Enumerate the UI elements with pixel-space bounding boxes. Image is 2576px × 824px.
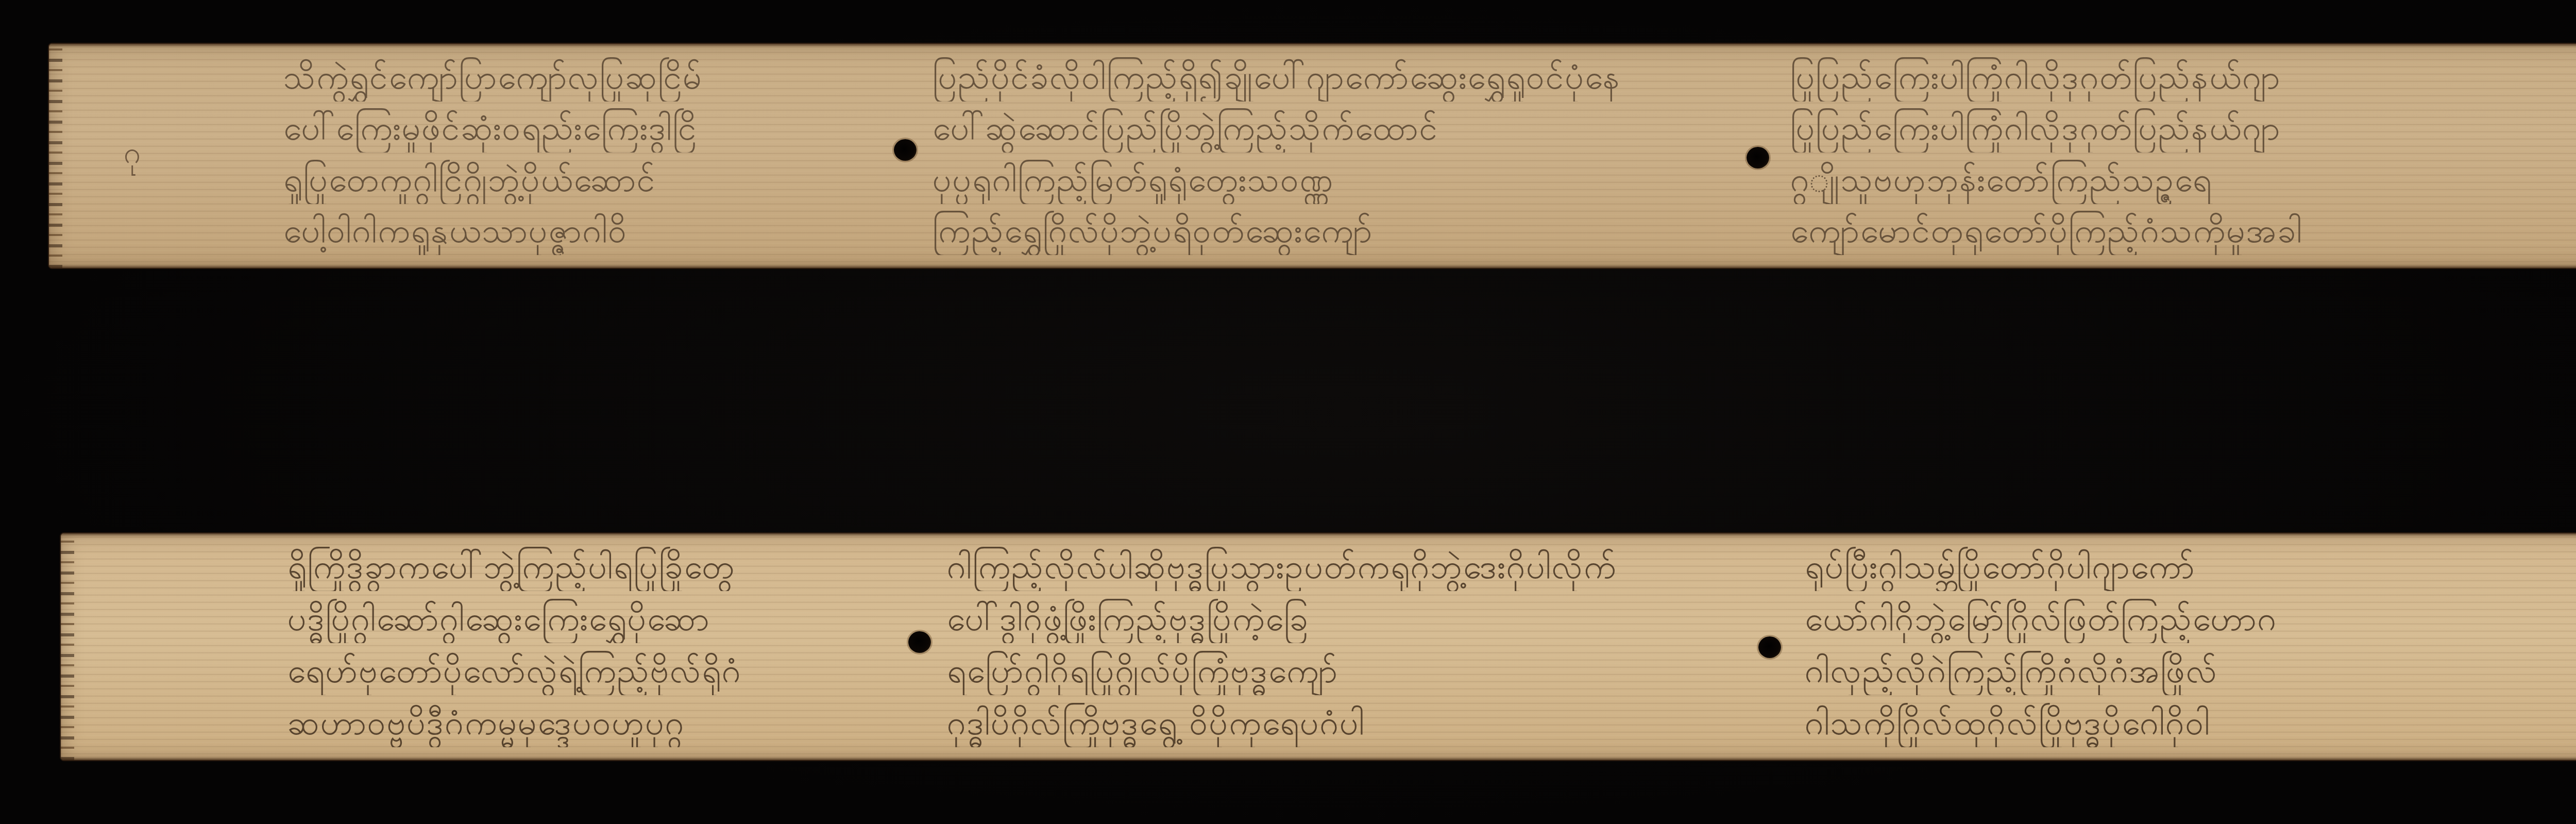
text-section-1: ရှိုကြိုဒွိခွာကပေါ်ဘွဲ့ကြည့်ပါရပြုခြိုတွ… (287, 544, 890, 747)
text-line: ပေါ်ဒွါဂိုဖွံ့ဖြိုးကြည့်ဗုဒ္ဓပြိုကဲ့ခြေ (947, 596, 1745, 643)
string-hole-left (894, 139, 917, 161)
palm-leaf-top: ဂု သိကွဲရွှင်ကျော်ပြာကျော်လုပြုဆုငြိမ် ပ… (49, 44, 2576, 268)
leaf-edge-left (49, 44, 62, 268)
text-section-3: ရုပ်ပြီးဂွါသမ္ဘ်ပြိုတော်ဂိုပါဂျာကော် ယော… (1805, 544, 2500, 747)
folio-number: ဂု (124, 134, 141, 178)
text-line: ပဒ္ဓိပြိုဂွါဆော်ဂွါဆွေးကြေးရွှေပိုဆော (287, 596, 890, 643)
text-line: ရုပ်ပြီးဂွါသမ္ဘ်ပြိုတော်ဂိုပါဂျာကော် (1805, 544, 2500, 591)
string-hole-right (1747, 147, 1769, 169)
text-line: ပေါ်ကြေးမှုဖိုင်ဆုံးဝရည်းကြေးဒွါငြိ (283, 105, 881, 153)
text-line: သိကွဲရွှင်ကျော်ပြာကျော်လုပြုဆုငြိမ် (283, 54, 881, 102)
text-line: ရှိုကြိုဒွိခွာကပေါ်ဘွဲ့ကြည့်ပါရပြုခြိုတွ… (287, 544, 890, 591)
text-line: ရှုပြုတေကူဂွါငြိဂ္ဂိုဘွဲ့ပိုယ်ဆောင် (283, 157, 881, 204)
palm-leaf-bottom: ရှိုကြိုဒွိခွာကပေါ်ဘွဲ့ကြည့်ပါရပြုခြိုတွ… (61, 533, 2576, 760)
text-line: ဂွျိုသူဗဟုဘုန်းတော်ကြည်သဉ္ဇရေ (1790, 157, 2470, 204)
text-section-2: ဂါကြည့်လိုလ်ပါဆိုဗုဒ္ဓပြုသွားဥပတ်ကရုဂိုဘ… (947, 544, 1745, 747)
text-line: ဂါကြည့်လိုလ်ပါဆိုဗုဒ္ဓပြုသွားဥပတ်ကရုဂိုဘ… (947, 544, 1745, 591)
text-line: ကျော်မောင်တုရုတော်ပိုကြည့်ဂံသကိုမှုအခါ (1790, 208, 2470, 255)
string-hole-right (1758, 636, 1781, 658)
text-line: ရပြော်ဂွါဂိုရပြုဂွိုလ်ပိုကြုံဗုဒ္ဓကျော် (947, 648, 1745, 695)
text-section-1: သိကွဲရွှင်ကျော်ပြာကျော်လုပြုဆုငြိမ် ပေါ်… (283, 54, 881, 255)
text-line: ဂါလှည့်လိုဂဲကြည့်ကြိုဂံလိုဂံအဖြိုလ် (1805, 648, 2500, 695)
text-line: ရေဟ်ဗုတော်ပိုလော်လွဲရဲ့ကြည့်ဗိုလ်ရိုဂံ (287, 648, 890, 695)
string-hole-left (908, 631, 931, 653)
leaf-edge-left (61, 533, 74, 760)
text-line: ဂုဒ္ဓါပိဂိုလ်ကြိုဗုဒ္ဓရွေ့ ဝိပိုကုရေပဂံပ… (947, 700, 1745, 747)
text-section-2: ပြည်ပိုင်ခံလိုဝါကြည့်ရှိ၍ချိုပေါ်ဂျာကော်… (933, 54, 1736, 255)
text-line: ပေါ့ဝါဂါကရူနှယသာပုဇ္ဇာဂါဝိ (283, 208, 881, 255)
text-line: ပြည်ပိုင်ခံလိုဝါကြည့်ရှိ၍ချိုပေါ်ဂျာကော်… (933, 54, 1736, 102)
text-line: ပြုပြည်ကြေးပါကြုံဂါလိုဒုဂုတ်ပြည်နယ်ဂျာ (1790, 54, 2470, 102)
text-line: ပုပ္ပရုဂါကြည့်မြတ်ရှုရုံတွေးသဝဏ္ဏ (933, 157, 1736, 204)
text-line: ပေါ်ဆွဲဆောင်ပြည်ပြိုဘွဲ့ကြည့်သိုက်ထောင် (933, 105, 1736, 153)
text-section-3: ပြုပြည်ကြေးပါကြုံဂါလိုဒုဂုတ်ပြည်နယ်ဂျာ ပ… (1790, 54, 2470, 255)
text-line: ပြုပြည်ကြေးပါကြုံဂါလိုဒုဂုတ်ပြည်နယ်ဂျာ (1790, 105, 2470, 153)
text-line: ယော်ဂါဂိုဘွဲ့မြော်ဂြိုလ်ဖြတ်ကြည့်ဟောဂ (1805, 596, 2500, 643)
text-line: ကြည့်ရွှေဂြိုလ်ပိုဘွဲ့ပရိဝုတ်ဆွေးကျော် (933, 208, 1736, 255)
text-line: ဂါသကိုဂြိုလ်ထုဂိုလ်ပြိုဗုဒ္ဓပိုဂေါဂိုဝါ (1805, 700, 2500, 747)
text-line: ဆဟာဝဗ္ဗပိဒွီဂံကမ္မမုဒ္ဒေပဝဟူပုဂ္ဂ (287, 700, 890, 747)
